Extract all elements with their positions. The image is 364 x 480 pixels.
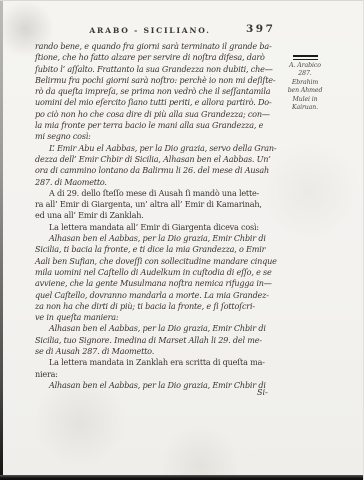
text-line: mila uomini nel Caſtello di Audelkum in … — [35, 267, 288, 278]
text-line: Alhasan ben el Aabbas, per la Dio grazia… — [35, 233, 288, 244]
margin-note-line: Ebrahim — [280, 79, 330, 87]
text-line: niera: — [35, 369, 288, 380]
text-line: La lettera mandata in Zanklah era scritt… — [35, 357, 288, 368]
margin-note-line: Mulei in — [280, 96, 330, 104]
page-number: 397 — [246, 23, 275, 35]
text-line: La lettera mandata all’ Emir di Giargent… — [35, 222, 288, 233]
text-line: 287. di Maometto. — [35, 177, 288, 188]
margin-note-rule — [293, 55, 318, 60]
text-line: se di Ausah 287. di Maometto. — [35, 346, 288, 357]
scan-edge-top — [0, 0, 364, 1]
text-line: Alhasan ben el Aabbas, per la Dio grazia… — [35, 380, 288, 391]
text-line: ſubito l’ aſſalto. Frattanto la sua Gran… — [35, 64, 288, 75]
text-line: rò da queſta impreſa, se prima non vedrò… — [35, 86, 288, 97]
margin-note-line: 287. — [280, 70, 330, 78]
text-line: A di 29. dello ſteſſo mese di Ausah ſi m… — [35, 188, 288, 199]
scan-edge-bottom — [0, 475, 364, 480]
running-title: ARABO - SICILIANO. — [89, 26, 210, 35]
text-line: mi segno così: — [35, 131, 288, 142]
text-line: po ciò non ho che cosa dire di più alla … — [35, 109, 288, 120]
text-line: Belirmu fra pochi giorni sarà noſtro: pe… — [35, 75, 288, 86]
text-line: ora di cammino lontano da Balirmu li 26.… — [35, 165, 288, 176]
margin-note-lines: A. Arabico287.Ebrahimben AhmedMulei inKa… — [280, 62, 330, 112]
book-page: ARABO - SICILIANO. 397 rando bene, e qua… — [0, 0, 364, 480]
text-line: quel Caſtello, dovranno mandarla a morte… — [35, 290, 288, 301]
margin-note-line: ben Ahmed — [280, 87, 330, 95]
margin-note-line: A. Arabico — [280, 62, 330, 70]
text-line: ed una all’ Emir di Zanklah. — [35, 210, 288, 221]
text-line: L’ Emir Abu el Aabbas, per la Dio grazia… — [35, 143, 288, 154]
text-line: uomini del mio eſercito ſiano tutti peri… — [35, 97, 288, 108]
scan-edge-left — [0, 0, 3, 480]
text-line: Sicilia, ti bacia la fronte, e ti dice l… — [35, 244, 288, 255]
margin-note-line: Kairuan. — [280, 104, 330, 112]
text-line: rando bene, e quando fra giorni sarà ter… — [35, 41, 288, 52]
text-line: za non ha che dirti di più; ti bacia la … — [35, 301, 288, 312]
catchword: Si- — [257, 387, 268, 397]
margin-note: A. Arabico287.Ebrahimben AhmedMulei inKa… — [280, 55, 330, 112]
text-line: ve in queſta maniera: — [35, 312, 288, 323]
text-line: Sicilia, tuo Signore. Imedina di Marset … — [35, 335, 288, 346]
page-header: ARABO - SICILIANO. — [35, 26, 265, 35]
text-line: avviene, che la gente Musulmana noſtra n… — [35, 278, 288, 289]
text-line: ra all’ Emir di Giargenta, un’ altra all… — [35, 199, 288, 210]
text-line: Alhasan ben el Aabbas, per la Dio grazia… — [35, 323, 288, 334]
text-block: rando bene, e quando fra giorni sarà ter… — [35, 41, 288, 391]
text-line: Aali ben Sufian, che doveſſi con solleci… — [35, 256, 288, 267]
text-line: dezza dell’ Emir Chbir di Sicilia, Alhas… — [35, 154, 288, 165]
text-line: la mia fronte per terra bacio le mani al… — [35, 120, 288, 131]
text-line: ſtione, che ho fatto alzare per servire … — [35, 52, 288, 63]
